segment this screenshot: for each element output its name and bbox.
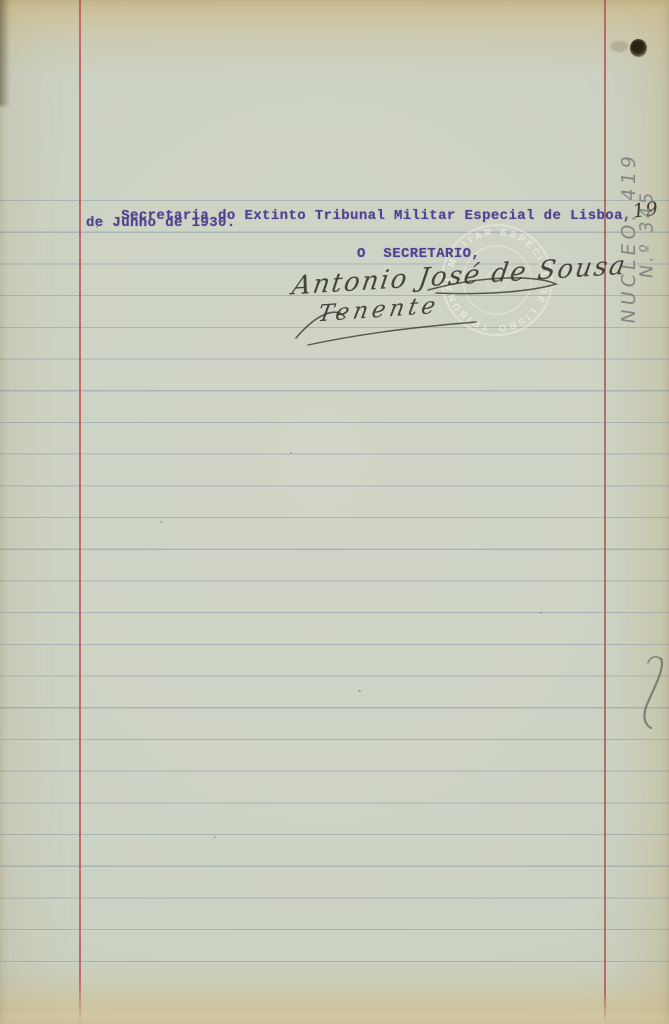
- ink-blot: [628, 37, 649, 59]
- paper-speck: [214, 836, 216, 838]
- archive-annotation-numero: N.º 345: [637, 188, 658, 280]
- typed-line-secretary-label: O SECRETARIO,: [357, 246, 480, 262]
- left-margin-line: [79, 0, 81, 1024]
- document-page: TRIBUNAL MILITAR ESPECIAL DE LISBOA Secr…: [0, 0, 669, 1024]
- typed-line-month-year: de Junho de 1930.: [86, 215, 236, 231]
- typed-line-date-place: Secretaria do Extinto Tribunal Militar E…: [86, 186, 659, 240]
- corner-shadow: [0, 0, 10, 106]
- paper-speck: [540, 612, 542, 614]
- paper-speck: [358, 690, 361, 692]
- right-margin-line: [604, 0, 606, 1024]
- paper-speck: [290, 452, 292, 454]
- stray-pencil-mark: [634, 652, 669, 736]
- ink-smudge: [610, 41, 628, 52]
- paper-speck: [160, 521, 162, 523]
